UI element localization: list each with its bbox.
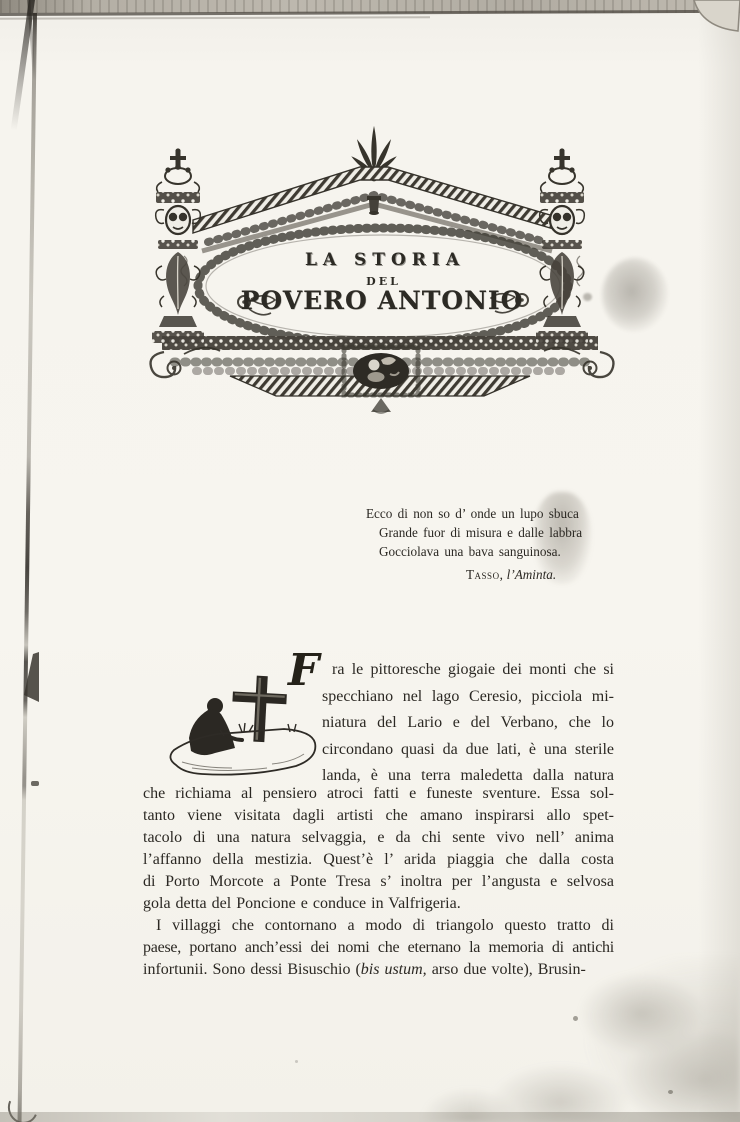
paragraph-beside-illustration: ra le pittoresche giogaie dei monti che … bbox=[322, 657, 614, 790]
latin-phrase-italic: bis ustum, bbox=[361, 961, 427, 978]
body-line: l’affanno della mestizia. Quest’è l’ ari… bbox=[143, 849, 614, 871]
book-page-scan: LA STORIA DEL POVERO ANTONIO Ecco di non… bbox=[0, 0, 740, 1122]
epigraph-block: Ecco di non so d’ onde un lupo sbuca Gra… bbox=[366, 504, 600, 584]
body-line: ra le pittoresche giogaie dei monti che … bbox=[322, 657, 614, 684]
binding-crease-dash bbox=[31, 781, 39, 786]
body-line: infortunii. Sono dessi Bisuschio (bis us… bbox=[143, 959, 614, 981]
body-line: di Porto Morcote a Ponte Tresa s’ inoltr… bbox=[143, 871, 614, 893]
book-title-line3: POVERO ANTONIO bbox=[138, 286, 626, 315]
drop-cap: F bbox=[288, 651, 319, 691]
epigraph-line: Grande fuor di misura e dalle labbra bbox=[366, 523, 600, 542]
body-line: I villaggi che contornano a modo di tria… bbox=[143, 915, 614, 937]
body-line-part: arso due volte), Brusin- bbox=[427, 961, 586, 978]
main-text-block: che richiama al pensiero atroci fatti e … bbox=[143, 783, 614, 981]
body-line: niatura del Lario e del Verbano, che lo bbox=[322, 710, 614, 737]
paper-speck bbox=[668, 1090, 673, 1094]
scan-bottom-edge bbox=[0, 1112, 740, 1122]
body-line: paese, portano anch’essi dei nomi che et… bbox=[143, 937, 614, 959]
right-edge-shadow bbox=[698, 0, 740, 1122]
page-corner-curl bbox=[692, 0, 740, 42]
paper-speck bbox=[295, 1060, 298, 1063]
epigraph-line: Gocciolava una bava sanguinosa. bbox=[366, 542, 600, 561]
epigraph-author: Tasso, bbox=[466, 567, 503, 582]
epigraph-line: Ecco di non so d’ onde un lupo sbuca bbox=[366, 504, 600, 523]
epigraph-work: l’Aminta. bbox=[507, 567, 556, 582]
paper-speck bbox=[573, 1016, 578, 1021]
body-line-part: infortunii. Sono dessi Bisuschio ( bbox=[143, 961, 361, 978]
book-title-line1: LA STORIA bbox=[138, 250, 626, 270]
body-line: circondano quasi da due lati, è una ster… bbox=[322, 737, 614, 764]
body-line: tacolo di una natura selvaggia, e da chi… bbox=[143, 827, 614, 849]
body-line: tanto viene visitata dagli artisti che a… bbox=[143, 805, 614, 827]
body-line: specchiano nel lago Ceresio, picciola mi… bbox=[322, 684, 614, 711]
body-line: che richiama al pensiero atroci fatti e … bbox=[143, 783, 614, 805]
binding-crease bbox=[18, 13, 37, 1122]
body-line: gola detta del Poncione e conduce in Val… bbox=[143, 893, 614, 915]
epigraph-attribution: Tasso, l’Aminta. bbox=[366, 565, 600, 584]
page-top-rule-shadow-faint bbox=[0, 16, 430, 19]
